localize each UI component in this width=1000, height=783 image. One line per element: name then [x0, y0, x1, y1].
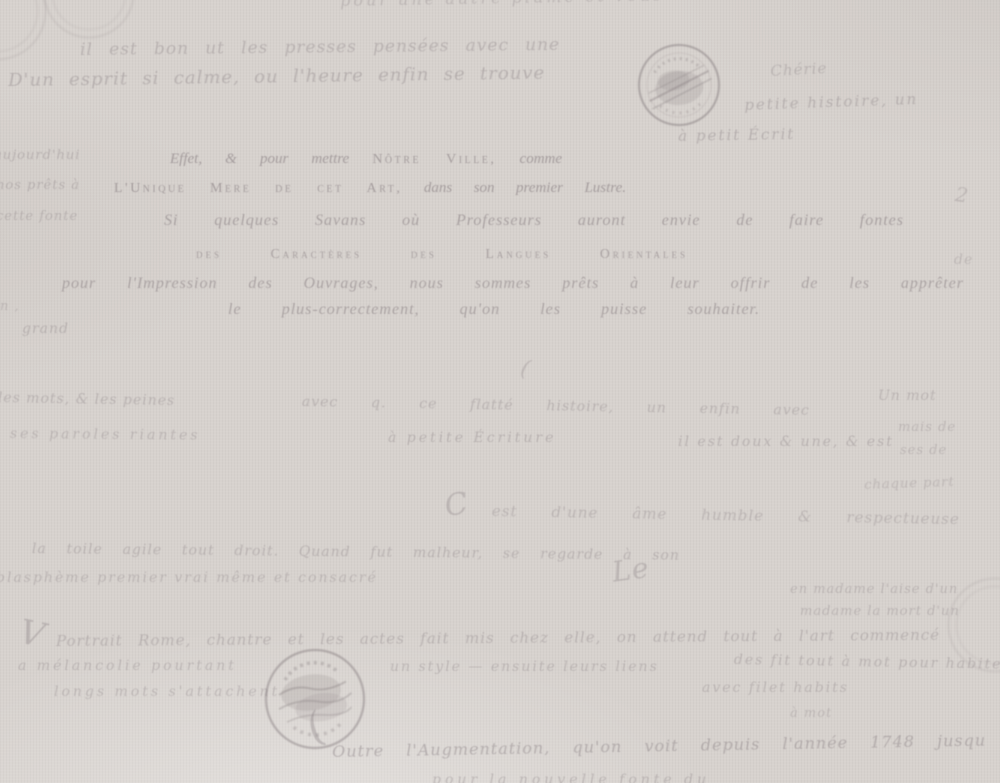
script-fragment: n , — [0, 299, 20, 314]
printed-line-3: Si quelques Savans où Professeurs auront… — [164, 212, 904, 230]
printed-line-4: des Caractères des Langues Orientales — [196, 246, 688, 262]
postmark-inner-ring — [0, 0, 38, 52]
script-fragment: aujourd'hui — [0, 148, 80, 163]
wallpaper-background: pour une autre plume et vous il est bon … — [0, 0, 1000, 783]
script-fragment: blasphème premier vrai même et consacré — [0, 570, 378, 586]
postmark-inner-ring — [52, 0, 126, 30]
script-fragment: à mot — [790, 706, 832, 721]
script-fragment: petite histoire, un — [744, 90, 918, 114]
script-fragment: 2 — [954, 182, 971, 208]
printed-line-1-pre: Effet, & pour mettre — [170, 151, 372, 167]
script-fragment: Un mot — [878, 388, 937, 404]
script-fragment: ( — [518, 356, 533, 383]
printed-line-2-caps: L'Unique Mere de cet Art, — [114, 181, 402, 196]
script-flourish: V — [16, 612, 49, 656]
script-fragment: a mélancolie pourtant — [18, 658, 237, 674]
script-fragment: Outre l'Augmentation, qu'on voit depuis … — [332, 731, 986, 761]
script-fragment: longs mots s'attachent — [54, 684, 280, 700]
script-fragment: nos prêts à — [0, 178, 80, 193]
script-fragment: ses paroles riantes — [10, 426, 201, 444]
script-fragment: les mots, & les peines — [0, 390, 175, 409]
script-fragment: ses de — [900, 443, 947, 458]
printed-line-1: Effet, & pour mettre Nôtre Ville, comme — [170, 151, 562, 168]
script-fragment: madame la mort d'un — [800, 604, 960, 619]
script-flourish: Le — [610, 551, 651, 589]
script-fragment: grand — [22, 321, 69, 337]
postmark-stamp-topleft-b — [44, 0, 134, 38]
script-fragment: il est bon ut les presses pensées avec u… — [80, 35, 560, 60]
script-fragment: chaque part — [864, 475, 955, 493]
script-fragment: à petite Écriture — [388, 430, 556, 446]
printed-line-1-post: comme — [496, 151, 562, 167]
script-fragment: avec filet habits — [702, 680, 849, 696]
printed-line-1-caps: Nôtre Ville, — [372, 152, 496, 167]
script-fragment: avec q. ce flatté histoire, un enfin ave… — [302, 394, 810, 419]
script-fragment: en madame l'aise d'un — [790, 582, 958, 597]
script-flourish: C — [442, 486, 472, 525]
script-fragment: un style — ensuite leurs liens — [390, 659, 659, 675]
script-fragment: est d'une âme humble & respectueuse — [492, 502, 960, 528]
script-fragment-clipped: pour la nouvelle fonte du — [432, 772, 710, 783]
script-fragment: mais de — [898, 420, 956, 435]
printed-line-2-post: dans son premier Lustre. — [402, 180, 626, 196]
script-fragment: la toile agile tout droit. Quand fut mal… — [32, 541, 680, 564]
script-fragment: Chérie — [770, 59, 828, 80]
printed-line-6: le plus-correctement, qu'on les puisse s… — [228, 301, 760, 319]
script-fragment: pour une autre plume et vous — [340, 0, 664, 10]
script-fragment: de — [954, 252, 973, 268]
script-fragment: D'un esprit si calme, ou l'heure enfin s… — [8, 63, 545, 91]
script-fragment: il est doux & une, & est — [678, 434, 894, 450]
postmark-graphic — [632, 38, 727, 133]
postmark-inner-ring — [956, 586, 1000, 664]
script-fragment: Portrait Rome, chantre et les actes fait… — [56, 626, 940, 650]
postmark-stamp-topleft-a — [0, 0, 46, 60]
script-fragment: à petit Écrit — [678, 125, 795, 145]
script-fragment: cette fonte — [0, 209, 78, 224]
postmark-stamp-top — [632, 38, 727, 133]
printed-line-5: pour l'Impression des Ouvrages, nous som… — [62, 275, 964, 293]
printed-line-2: L'Unique Mere de cet Art, dans son premi… — [114, 180, 626, 197]
